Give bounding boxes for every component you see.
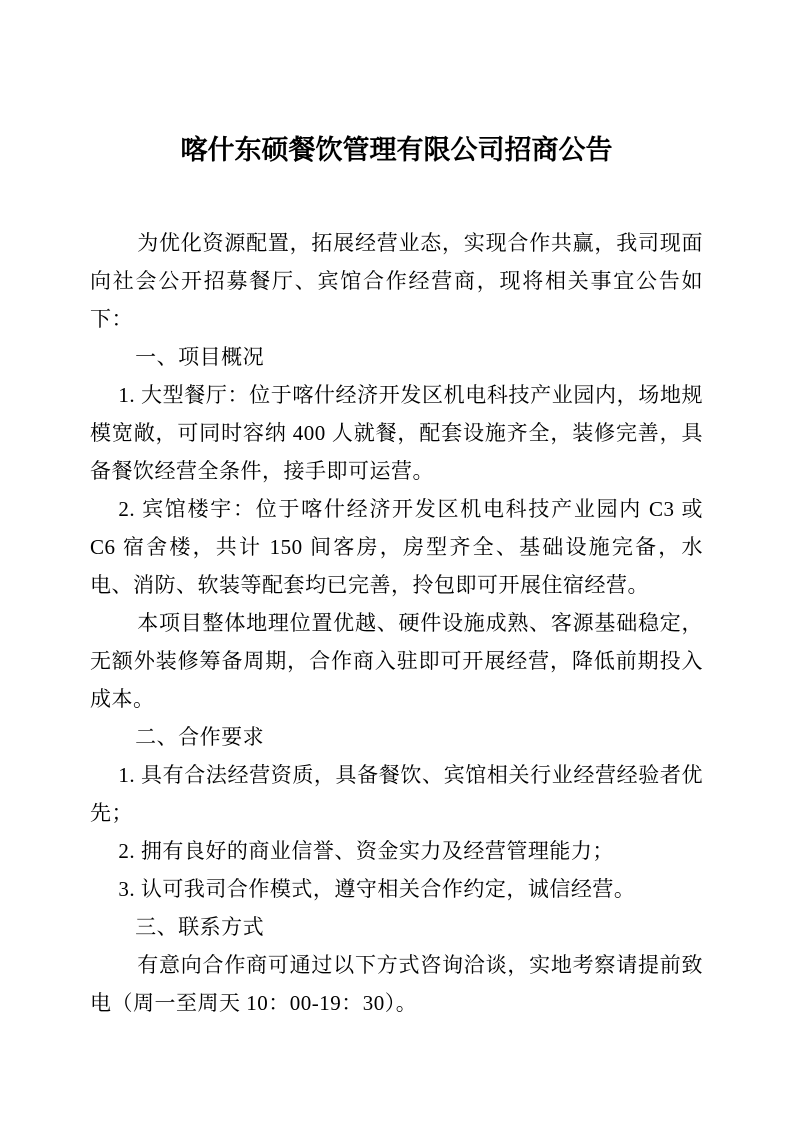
section-heading-cooperation-requirements: 二、合作要求 (90, 718, 703, 756)
list-item-hotel: 2. 宾馆楼宇：位于喀什经济开发区机电科技产业园内 C3 或 C6 宿舍楼，共计… (90, 490, 703, 604)
requirement-item-2: 2. 拥有良好的商业信誉、资金实力及经营管理能力； (90, 832, 703, 870)
document-page: 喀什东硕餐饮管理有限公司招商公告 为优化资源配置，拓展经营业态，实现合作共赢，我… (0, 0, 793, 1122)
section-heading-contact: 三、联系方式 (90, 908, 703, 946)
requirement-item-1: 1. 具有合法经营资质，具备餐饮、宾馆相关行业经营经验者优先； (90, 756, 703, 832)
document-title: 喀什东硕餐饮管理有限公司招商公告 (90, 130, 703, 170)
contact-paragraph: 有意向合作商可通过以下方式咨询洽谈，实地考察请提前致电（周一至周天 10：00-… (90, 946, 703, 1022)
intro-paragraph: 为优化资源配置，拓展经营业态，实现合作共赢，我司现面向社会公开招募餐厅、宾馆合作… (90, 224, 703, 338)
project-advantages-paragraph: 本项目整体地理位置优越、硬件设施成熟、客源基础稳定，无额外装修筹备周期，合作商入… (90, 604, 703, 718)
list-item-restaurant: 1. 大型餐厅：位于喀什经济开发区机电科技产业园内，场地规模宽敞，可同时容纳 4… (90, 376, 703, 490)
requirement-item-3: 3. 认可我司合作模式，遵守相关合作约定，诚信经营。 (90, 870, 703, 908)
section-heading-project-overview: 一、项目概况 (90, 338, 703, 376)
